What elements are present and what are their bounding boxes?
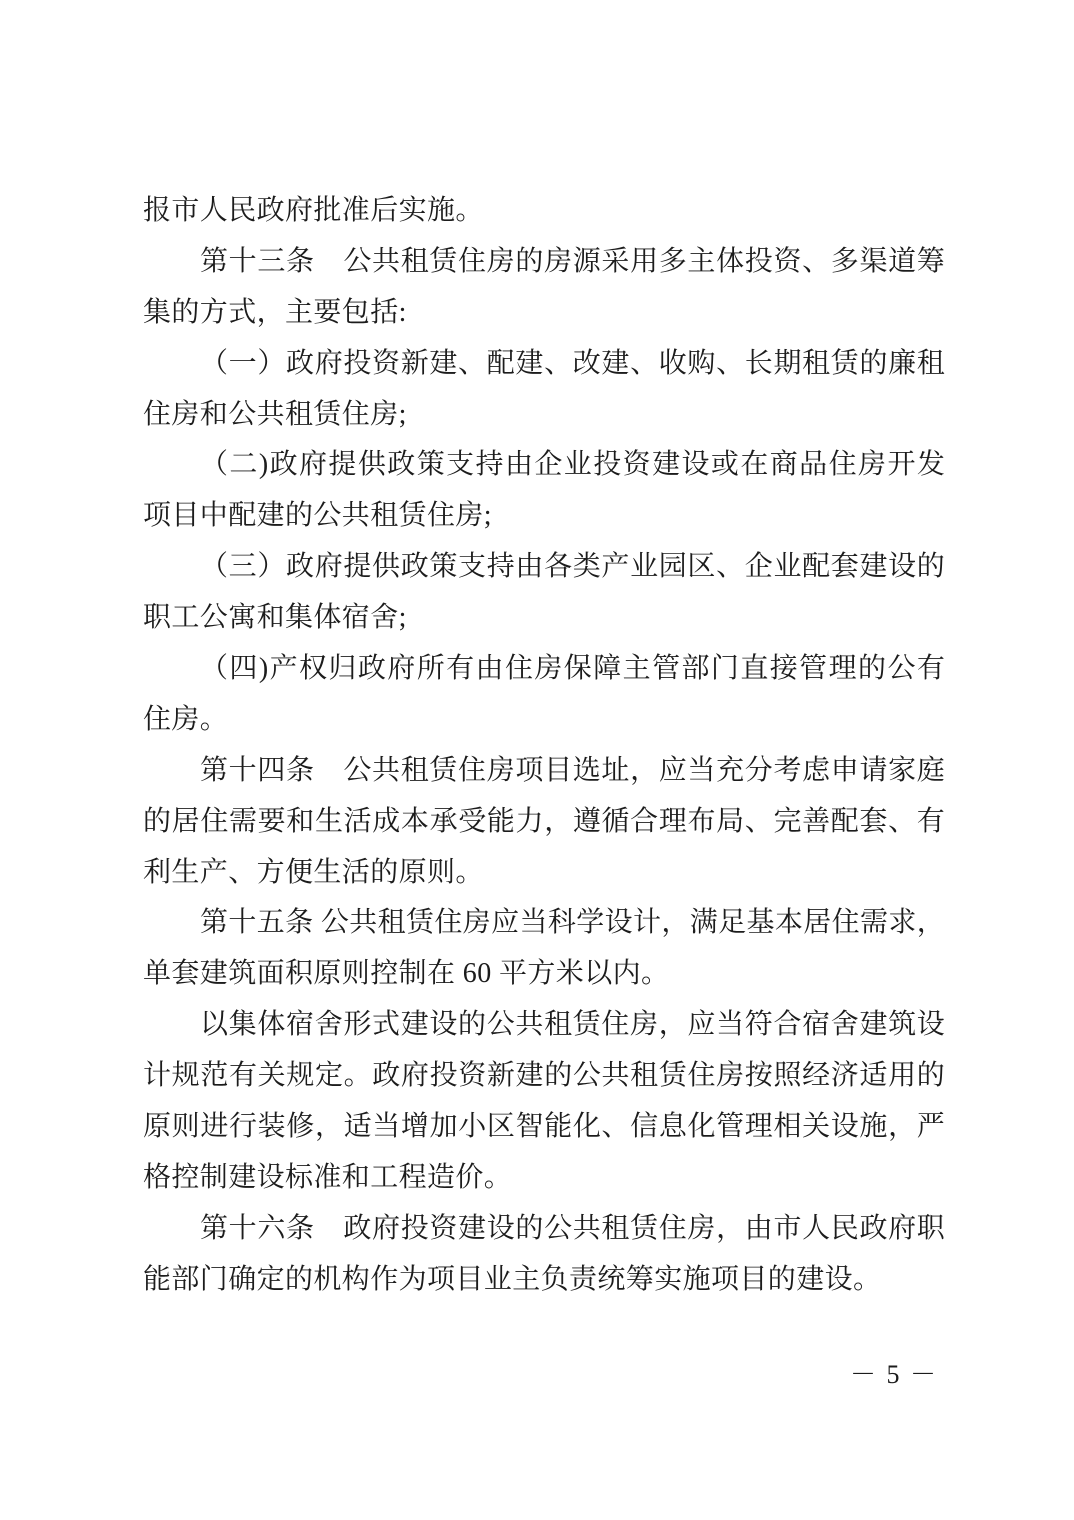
text-line: 住房。: [143, 695, 945, 746]
text-line: 利生产、方便生活的原则。: [143, 848, 945, 899]
text-line: 住房和公共租赁住房;: [143, 390, 945, 441]
text-line-item-4: （四)产权归政府所有由住房保障主管部门直接管理的公有: [143, 644, 945, 695]
text-line-article-16: 第十六条 政府投资建设的公共租赁住房，由市人民政府职: [143, 1204, 945, 1255]
text-line-article-15: 第十五条 公共租赁住房应当科学设计，满足基本居住需求，: [143, 898, 945, 949]
document-body: 报市人民政府批准后实施。 第十三条 公共租赁住房的房源采用多主体投资、多渠道筹 …: [143, 186, 945, 1306]
text-line: 原则进行装修，适当增加小区智能化、信息化管理相关设施，严: [143, 1102, 945, 1153]
text-line-item-3: （三）政府提供政策支持由各类产业园区、企业配套建设的: [143, 542, 945, 593]
text-line: 的居住需要和生活成本承受能力，遵循合理布局、完善配套、有: [143, 797, 945, 848]
page-number: － 5 －: [850, 1360, 938, 1390]
text-line-item-2: （二)政府提供政策支持由企业投资建设或在商品住房开发: [143, 440, 945, 491]
text-line-article-14: 第十四条 公共租赁住房项目选址，应当充分考虑申请家庭: [143, 746, 945, 797]
text-line: 能部门确定的机构作为项目业主负责统筹实施项目的建设。: [143, 1255, 945, 1306]
document-page: { "page": { "background": "#ffffff", "te…: [0, 0, 1074, 1520]
text-line: 格控制建设标准和工程造价。: [143, 1153, 945, 1204]
text-line: 计规范有关规定。政府投资新建的公共租赁住房按照经济适用的: [143, 1051, 945, 1102]
text-line: 职工公寓和集体宿舍;: [143, 593, 945, 644]
text-line: 报市人民政府批准后实施。: [143, 186, 945, 237]
text-line: 以集体宿舍形式建设的公共租赁住房，应当符合宿舍建筑设: [143, 1000, 945, 1051]
text-line: 项目中配建的公共租赁住房;: [143, 491, 945, 542]
text-line: 集的方式，主要包括:: [143, 288, 945, 339]
text-line-article-13: 第十三条 公共租赁住房的房源采用多主体投资、多渠道筹: [143, 237, 945, 288]
text-line-item-1: （一）政府投资新建、配建、改建、收购、长期租赁的廉租: [143, 339, 945, 390]
text-line: 单套建筑面积原则控制在 60 平方米以内。: [143, 949, 945, 1000]
